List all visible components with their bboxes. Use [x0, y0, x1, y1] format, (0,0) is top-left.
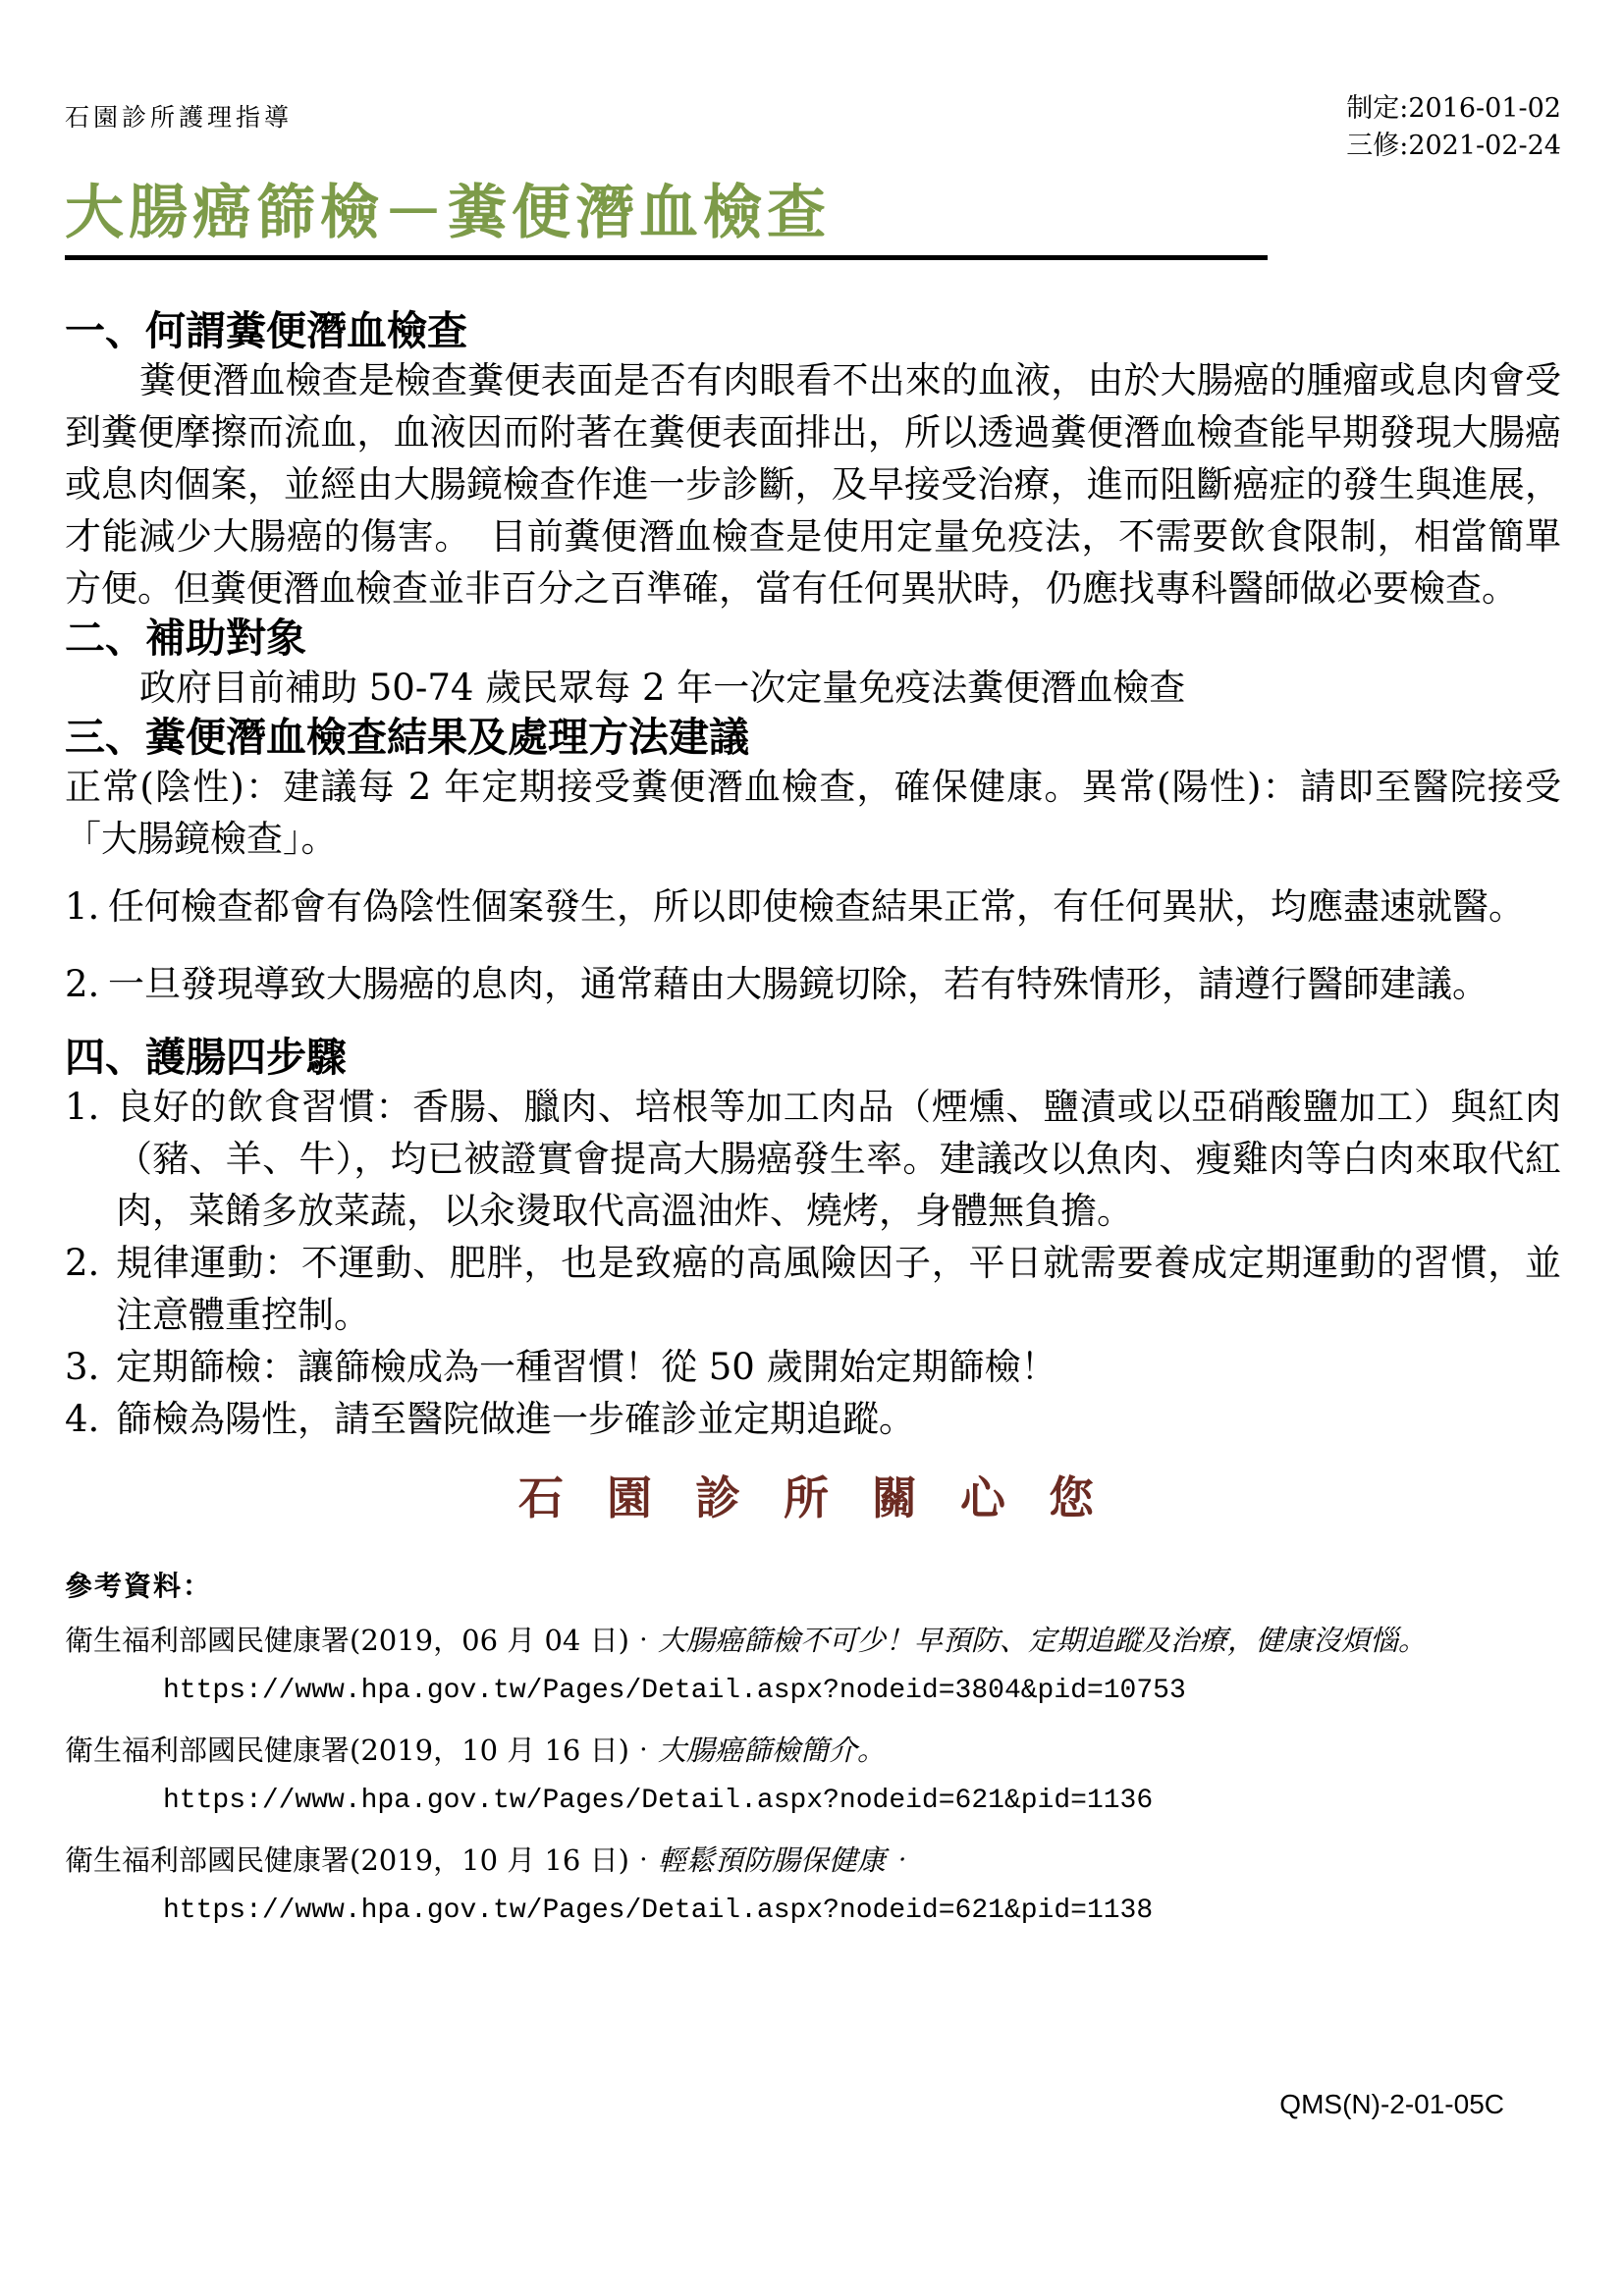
- document-code: QMS(N)-2-01-05C: [1279, 2089, 1504, 2120]
- reference-source: 衛生福利部國民健康署(2019，06 月 04 日)‧: [65, 1624, 658, 1657]
- reference-entry: 衛生福利部國民健康署(2019，10 月 16 日)‧輕鬆預防腸保健康‧ htt…: [65, 1838, 1561, 1934]
- section-3-list: 1. 任何檢查都會有偽陰性個案發生，所以即使檢查結果正常，有任何異狀，均應盡速就…: [65, 881, 1561, 1010]
- reference-entry: 衛生福利部國民健康署(2019，10 月 16 日)‧大腸癌篩檢簡介。 http…: [65, 1728, 1561, 1824]
- list-item-number: 2.: [65, 1237, 116, 1341]
- clinic-slogan: 石 園 診 所 關 心 您: [65, 1472, 1561, 1523]
- reference-url: https://www.hpa.gov.tw/Pages/Detail.aspx…: [65, 1779, 1561, 1824]
- page-title: 大腸癌篩檢－糞便潛血檢查: [65, 181, 1561, 245]
- list-item-number: 3.: [65, 1341, 116, 1393]
- section-3-heading: 三、糞便潛血檢查結果及處理方法建議: [65, 714, 1561, 761]
- list-item: 2. 一旦發現導致大腸癌的息肉，通常藉由大腸鏡切除，若有特殊情形，請遵行醫師建議…: [65, 958, 1561, 1010]
- section-4-heading: 四、護腸四步驟: [65, 1034, 1561, 1081]
- reference-citation: 衛生福利部國民健康署(2019，10 月 16 日)‧輕鬆預防腸保健康‧: [65, 1838, 1561, 1883]
- list-item-number: 1.: [65, 1081, 116, 1237]
- document-header: 石園診所護理指導 制定:2016-01-02 三修:2021-02-24: [65, 90, 1561, 165]
- section-1-heading: 一、何謂糞便潛血檢查: [65, 307, 1561, 354]
- document-page: 石園診所護理指導 制定:2016-01-02 三修:2021-02-24 大腸癌…: [0, 0, 1624, 2296]
- reference-url: https://www.hpa.gov.tw/Pages/Detail.aspx…: [65, 1889, 1561, 1934]
- reference-citation: 衛生福利部國民健康署(2019，06 月 04 日)‧大腸癌篩檢不可少！早預防、…: [65, 1618, 1561, 1663]
- references-section: 參考資料： 衛生福利部國民健康署(2019，06 月 04 日)‧大腸癌篩檢不可…: [65, 1565, 1561, 1934]
- list-item: 4. 篩檢為陽性，請至醫院做進一步確診並定期追蹤。: [65, 1393, 1561, 1445]
- section-3-intro: 正常(陰性)：建議每 2 年定期接受糞便潛血檢查，確保健康。異常(陽性)：請即至…: [65, 761, 1561, 865]
- section-2-heading: 二、補助對象: [65, 614, 1561, 662]
- reference-title: 輕鬆預防腸保健康‧: [658, 1843, 914, 1877]
- date-established: 制定:2016-01-02: [1346, 90, 1561, 128]
- date-revised: 三修:2021-02-24: [1346, 128, 1561, 165]
- section-4-list: 1. 良好的飲食習慣：香腸、臘肉、培根等加工肉品（煙燻、鹽漬或以亞硝酸鹽加工）與…: [65, 1081, 1561, 1445]
- section-2-paragraph: 政府目前補助 50-74 歲民眾每 2 年一次定量免疫法糞便潛血檢查: [65, 662, 1561, 714]
- doc-category-label: 石園診所護理指導: [65, 90, 293, 133]
- list-item-text: 定期篩檢：讓篩檢成為一種習慣！從 50 歲開始定期篩檢！: [116, 1341, 1561, 1393]
- reference-url: https://www.hpa.gov.tw/Pages/Detail.aspx…: [65, 1669, 1561, 1714]
- reference-entry: 衛生福利部國民健康署(2019，06 月 04 日)‧大腸癌篩檢不可少！早預防、…: [65, 1618, 1561, 1714]
- list-item-number: 1.: [65, 881, 108, 933]
- reference-citation: 衛生福利部國民健康署(2019，10 月 16 日)‧大腸癌篩檢簡介。: [65, 1728, 1561, 1773]
- reference-title: 大腸癌篩檢簡介。: [658, 1734, 886, 1767]
- list-item-text: 一旦發現導致大腸癌的息肉，通常藉由大腸鏡切除，若有特殊情形，請遵行醫師建議。: [108, 958, 1561, 1010]
- list-item-text: 任何檢查都會有偽陰性個案發生，所以即使檢查結果正常，有任何異狀，均應盡速就醫。: [108, 881, 1561, 933]
- list-item: 2. 規律運動：不運動、肥胖，也是致癌的高風險因子，平日就需要養成定期運動的習慣…: [65, 1237, 1561, 1341]
- list-item-number: 4.: [65, 1393, 116, 1445]
- list-item: 1. 任何檢查都會有偽陰性個案發生，所以即使檢查結果正常，有任何異狀，均應盡速就…: [65, 881, 1561, 933]
- references-heading: 參考資料：: [65, 1565, 1561, 1604]
- list-item-number: 2.: [65, 958, 108, 1010]
- section-1-paragraph: 糞便潛血檢查是檢查糞便表面是否有肉眼看不出來的血液，由於大腸癌的腫瘤或息肉會受到…: [65, 354, 1561, 614]
- reference-source: 衛生福利部國民健康署(2019，10 月 16 日)‧: [65, 1843, 658, 1877]
- list-item-text: 規律運動：不運動、肥胖，也是致癌的高風險因子，平日就需要養成定期運動的習慣，並注…: [116, 1237, 1561, 1341]
- list-item: 3. 定期篩檢：讓篩檢成為一種習慣！從 50 歲開始定期篩檢！: [65, 1341, 1561, 1393]
- list-item: 1. 良好的飲食習慣：香腸、臘肉、培根等加工肉品（煙燻、鹽漬或以亞硝酸鹽加工）與…: [65, 1081, 1561, 1237]
- reference-title: 大腸癌篩檢不可少！早預防、定期追蹤及治療，健康沒煩惱。: [658, 1624, 1427, 1657]
- revision-dates: 制定:2016-01-02 三修:2021-02-24: [1346, 90, 1561, 165]
- reference-source: 衛生福利部國民健康署(2019，10 月 16 日)‧: [65, 1734, 658, 1767]
- list-item-text: 良好的飲食習慣：香腸、臘肉、培根等加工肉品（煙燻、鹽漬或以亞硝酸鹽加工）與紅肉（…: [116, 1081, 1561, 1237]
- title-underline: [65, 255, 1268, 260]
- list-item-text: 篩檢為陽性，請至醫院做進一步確診並定期追蹤。: [116, 1393, 1561, 1445]
